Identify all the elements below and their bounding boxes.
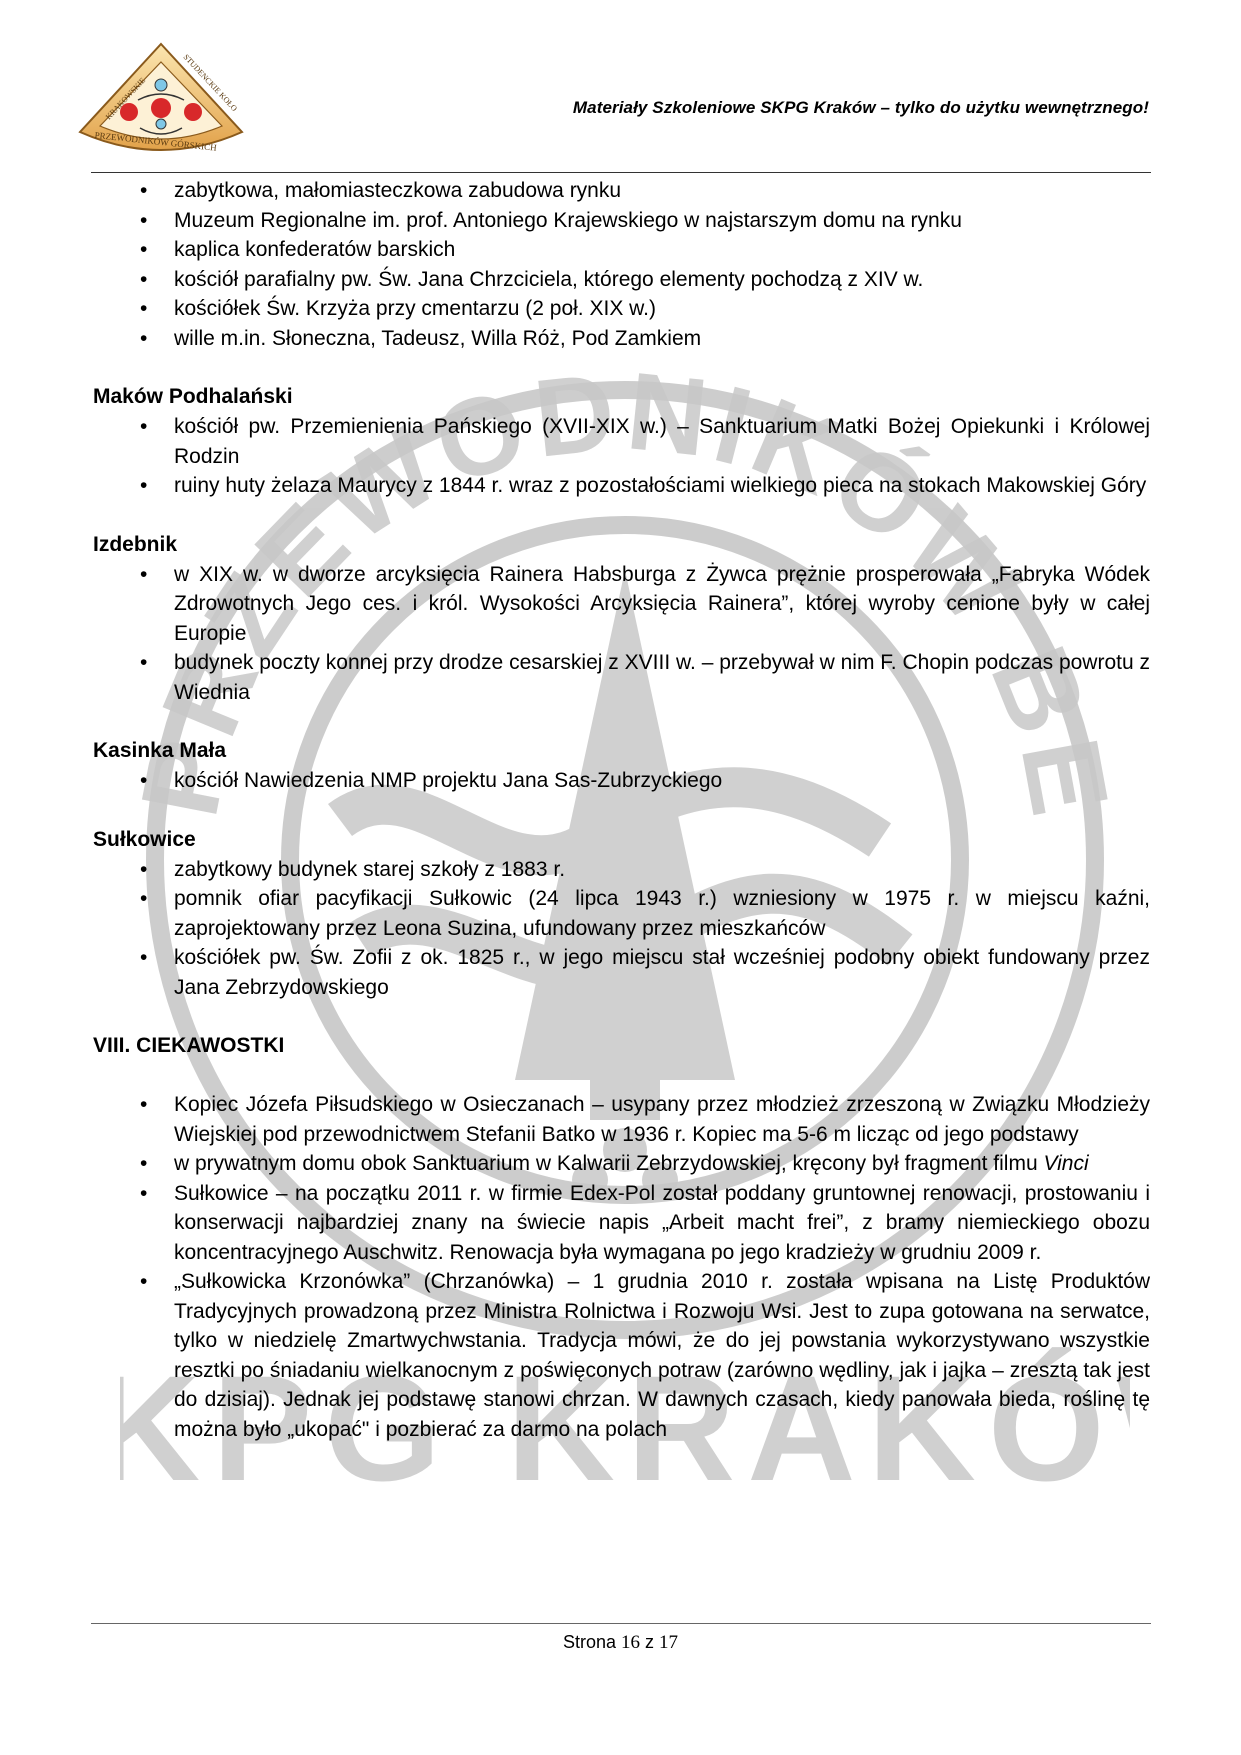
list-item: •zabytkowa, małomiasteczkowa zabudowa ry… [93, 176, 1150, 206]
list-item: •budynek poczty konnej przy drodze cesar… [93, 648, 1150, 707]
list-item: •zabytkowy budynek starej szkoły z 1883 … [93, 855, 1150, 885]
page-current: 16 [621, 1632, 640, 1653]
bullet-icon: • [140, 1149, 147, 1179]
document-body: •zabytkowa, małomiasteczkowa zabudowa ry… [93, 176, 1150, 1444]
bullet-icon: • [140, 176, 147, 206]
bullet-icon: • [140, 1267, 147, 1297]
bullet-list: •Kopiec Józefa Piłsudskiego w Osieczanac… [93, 1090, 1150, 1444]
list-item: •wille m.in. Słoneczna, Tadeusz, Willa R… [93, 324, 1150, 354]
list-item: •„Sułkowicka Krzonówka” (Chrzanówka) – 1… [93, 1267, 1150, 1444]
bullet-icon: • [140, 324, 147, 354]
bullet-icon: • [140, 648, 147, 678]
bullet-icon: • [140, 265, 147, 295]
list-item-text: w prywatnym domu obok Sanktuarium w Kalw… [174, 1152, 1043, 1175]
section: Maków Podhalański•kościół pw. Przemienie… [93, 382, 1150, 501]
bullet-list: •zabytkowa, małomiasteczkowa zabudowa ry… [93, 176, 1150, 353]
list-item: •Kopiec Józefa Piłsudskiego w Osieczanac… [93, 1090, 1150, 1149]
page-separator: z [645, 1632, 654, 1652]
bullet-icon: • [140, 235, 147, 265]
section-heading: Izdebnik [93, 530, 1150, 560]
bullet-icon: • [140, 294, 147, 324]
section: Kasinka Mała•kościół Nawiedzenia NMP pro… [93, 736, 1150, 796]
footer-divider [91, 1623, 1151, 1624]
list-item: •kościół parafialny pw. Św. Jana Chrzcic… [93, 265, 1150, 295]
bullet-icon: • [140, 855, 147, 885]
list-item-text: „Sułkowicka Krzonówka” (Chrzanówka) – 1 … [174, 1270, 1150, 1441]
list-item: •pomnik ofiar pacyfikacji Sułkowic (24 l… [93, 884, 1150, 943]
list-item: •ruiny huty żelaza Maurycy z 1844 r. wra… [93, 471, 1150, 501]
list-item: •w XIX w. w dworze arcyksięcia Rainera H… [93, 560, 1150, 649]
list-item-text: kościół parafialny pw. Św. Jana Chrzcici… [174, 268, 923, 291]
section-heading: Maków Podhalański [93, 382, 1150, 412]
section-heading: Sułkowice [93, 825, 1150, 855]
list-item-text: Kopiec Józefa Piłsudskiego w Osieczanach… [174, 1093, 1150, 1146]
list-item-text: kościół Nawiedzenia NMP projektu Jana Sa… [174, 769, 722, 792]
bullet-icon: • [140, 1179, 147, 1209]
section: •zabytkowa, małomiasteczkowa zabudowa ry… [93, 176, 1150, 353]
spacer [93, 1061, 1150, 1090]
list-item-text: wille m.in. Słoneczna, Tadeusz, Willa Ró… [174, 327, 701, 350]
bullet-list: •zabytkowy budynek starej szkoły z 1883 … [93, 855, 1150, 1003]
chapter-section: VIII. CIEKAWOSTKI•Kopiec Józefa Piłsudsk… [93, 1031, 1150, 1444]
chapter-heading: VIII. CIEKAWOSTKI [93, 1031, 1150, 1061]
list-item-text: ruiny huty żelaza Maurycy z 1844 r. wraz… [174, 474, 1146, 497]
list-item: •kościół pw. Przemienienia Pańskiego (XV… [93, 412, 1150, 471]
list-item-text: kościółek pw. Św. Zofii z ok. 1825 r., w… [174, 946, 1150, 999]
skpg-logo-icon: PRZEWODNIKÓW GÓRSKICH KRAKOWSKIE STUDENC… [74, 40, 249, 160]
header-divider [91, 172, 1151, 173]
bullet-icon: • [140, 766, 147, 796]
section: Izdebnik•w XIX w. w dworze arcyksięcia R… [93, 530, 1150, 708]
list-item-text: budynek poczty konnej przy drodze cesars… [174, 651, 1150, 704]
bullet-icon: • [140, 412, 147, 442]
section-heading: Kasinka Mała [93, 736, 1150, 766]
page-total: 17 [659, 1632, 678, 1653]
document-page: PRZEWODNIKÓW BESKIDZKICH SKPG KRAKÓW [0, 0, 1241, 1755]
list-item: •kościół Nawiedzenia NMP projektu Jana S… [93, 766, 1150, 796]
list-item: •kaplica konfederatów barskich [93, 235, 1150, 265]
bullet-icon: • [140, 943, 147, 973]
list-item-text: Muzeum Regionalne im. prof. Antoniego Kr… [174, 209, 962, 232]
list-item: •Sułkowice – na początku 2011 r. w firmi… [93, 1179, 1150, 1268]
list-item-text: kościółek Św. Krzyża przy cmentarzu (2 p… [174, 297, 656, 320]
bullet-icon: • [140, 206, 147, 236]
page-number: Strona 16 z 17 [0, 1632, 1241, 1654]
list-item: •Muzeum Regionalne im. prof. Antoniego K… [93, 206, 1150, 236]
list-item-text: zabytkowy budynek starej szkoły z 1883 r… [174, 858, 565, 881]
page-label: Strona [563, 1632, 616, 1652]
bullet-icon: • [140, 1090, 147, 1120]
list-item-text: Sułkowice – na początku 2011 r. w firmie… [174, 1182, 1150, 1264]
list-item: •kościółek pw. Św. Zofii z ok. 1825 r., … [93, 943, 1150, 1002]
list-item: •kościółek Św. Krzyża przy cmentarzu (2 … [93, 294, 1150, 324]
list-item: •w prywatnym domu obok Sanktuarium w Kal… [93, 1149, 1150, 1179]
list-item-text: zabytkowa, małomiasteczkowa zabudowa ryn… [174, 179, 621, 202]
bullet-icon: • [140, 884, 147, 914]
list-item-text: kaplica konfederatów barskich [174, 238, 455, 261]
list-item-text: w XIX w. w dworze arcyksięcia Rainera Ha… [174, 563, 1150, 645]
section: Sułkowice•zabytkowy budynek starej szkoł… [93, 825, 1150, 1003]
bullet-icon: • [140, 560, 147, 590]
bullet-icon: • [140, 471, 147, 501]
list-item-text: pomnik ofiar pacyfikacji Sułkowic (24 li… [174, 887, 1150, 940]
bullet-list: •kościół Nawiedzenia NMP projektu Jana S… [93, 766, 1150, 796]
film-title: Vinci [1043, 1152, 1088, 1175]
header-title: Materiały Szkoleniowe SKPG Kraków – tylk… [573, 98, 1149, 118]
bullet-list: •w XIX w. w dworze arcyksięcia Rainera H… [93, 560, 1150, 708]
bullet-list: •kościół pw. Przemienienia Pańskiego (XV… [93, 412, 1150, 501]
list-item-text: kościół pw. Przemienienia Pańskiego (XVI… [174, 415, 1150, 468]
